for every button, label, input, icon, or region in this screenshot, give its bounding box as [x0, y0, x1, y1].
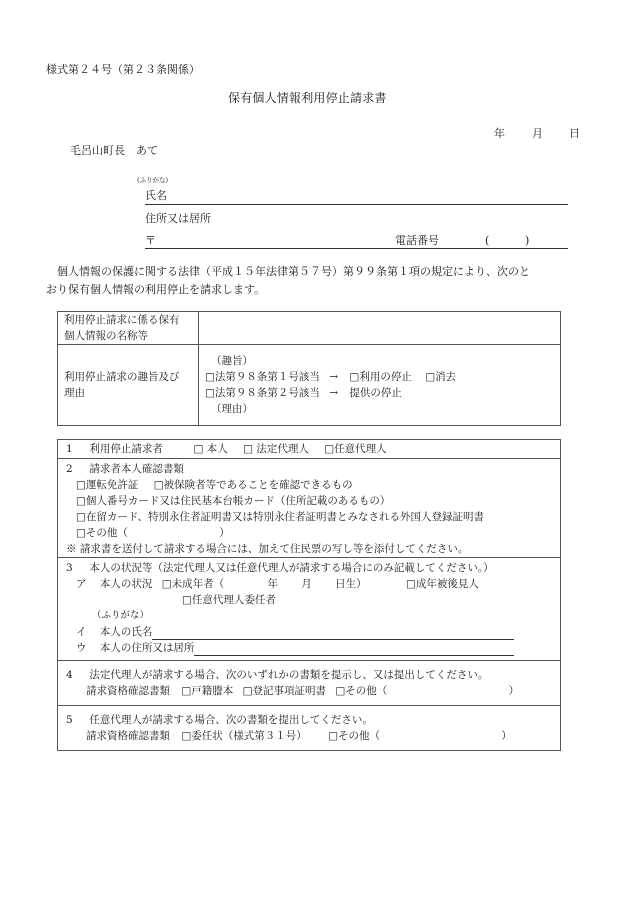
form-number: 様式第２４号（第２３条関係）: [46, 64, 200, 75]
phone-paren-close: ): [525, 235, 529, 246]
arrow-icon: →: [329, 387, 338, 399]
furigana-label: (ふりがな): [137, 177, 168, 184]
principal-address-field[interactable]: [194, 642, 514, 656]
mynumber-card-checkbox[interactable]: □個人番号カード又は住民基本台帳カード（住所記載のあるもの）: [66, 493, 552, 509]
date-month-label: 月: [532, 128, 543, 139]
insured-proof-checkbox[interactable]: □被保険者等であることを確認できるもの: [154, 479, 353, 491]
other-voluntary-doc-checkbox[interactable]: □その他（: [328, 730, 380, 742]
details-table: 1 利用停止請求者 □ 本人 □ 法定代理人 □任意代理人 2 請求者本人確認書…: [57, 439, 561, 751]
other-id-checkbox[interactable]: □その他（: [76, 527, 128, 539]
delegator-checkbox[interactable]: □任意代理人委任者: [66, 592, 552, 608]
residence-card-checkbox[interactable]: □在留カード、特別永住者証明書又は特別永住者証明書とみなされる外国人登録証明書: [66, 509, 552, 525]
section-2-label: 請求者本人確認書類: [89, 463, 184, 475]
mail-note: ※ 請求書を送付して請求する場合には、加えて住民票の写し等を添付してください。: [66, 541, 552, 557]
requester-voluntary-agent-checkbox[interactable]: □任意代理人: [324, 443, 386, 455]
section-5-number: 5: [66, 712, 86, 728]
stop-use-checkbox[interactable]: □利用の停止: [349, 371, 411, 383]
table-row-purpose: 利用停止請求の趣旨及び 理由 （趣旨） □法第９８条第１号該当 → □利用の停止…: [58, 345, 561, 426]
section-3-number: 3: [66, 560, 86, 576]
name-label: 氏名: [145, 189, 167, 202]
section-4: 4 法定代理人が請求する場合、次のいずれかの書類を提示し、又は提出してください。…: [58, 661, 561, 706]
clause-2-checkbox[interactable]: □: [205, 387, 215, 399]
postal-mark: 〒: [145, 235, 156, 246]
postal-phone-field[interactable]: 〒 電話番号 ( ): [145, 235, 568, 249]
section-2: 2 請求者本人確認書類 □運転免許証 □被保険者等であることを確認できるもの □…: [58, 459, 561, 558]
family-register-checkbox[interactable]: □戸籍謄本: [181, 685, 233, 697]
request-table: 利用停止請求に係る保有 個人情報の名称等 利用停止請求の趣旨及び 理由 （趣旨）…: [57, 311, 561, 426]
intro-line-1: 個人情報の保護に関する法律（平成１５年法律第５７号）第９９条第１項の規定により、…: [46, 263, 586, 281]
info-name-value[interactable]: [199, 312, 561, 345]
power-of-attorney-checkbox[interactable]: □委任状（様式第３１号）: [181, 730, 306, 742]
intro-line-2: おり保有個人情報の利用停止を請求します。: [46, 281, 586, 299]
table-row-info-name: 利用停止請求に係る保有 個人情報の名称等: [58, 312, 561, 345]
purpose-value: （趣旨） □法第９８条第１号該当 → □利用の停止 □消去 □法第９８条第２号該…: [199, 345, 561, 426]
option-clause-2: □法第９８条第２号該当 → 提供の停止: [205, 385, 554, 401]
registry-certificate-checkbox[interactable]: □登記事項証明書: [243, 685, 326, 697]
date-year-label: 年: [494, 128, 505, 139]
other-legal-doc-checkbox[interactable]: □その他（: [335, 685, 387, 697]
info-name-label: 利用停止請求に係る保有 個人情報の名称等: [58, 312, 199, 345]
section-4-number: 4: [66, 667, 86, 683]
section-2-number: 2: [66, 461, 86, 477]
section-5-label: 任意代理人が請求する場合、次の書類を提出してください。: [89, 714, 373, 726]
adult-ward-checkbox[interactable]: □成年被後見人: [406, 578, 479, 590]
phone-label: 電話番号: [395, 235, 439, 246]
stop-provision-label: 提供の停止: [349, 387, 402, 399]
purpose-label: 利用停止請求の趣旨及び 理由: [58, 345, 199, 426]
reason-heading: （理由）: [205, 401, 554, 417]
section-1-number: 1: [66, 441, 86, 457]
applicant-name-field[interactable]: 氏名: [145, 190, 568, 205]
option-clause-1: □法第９８条第１号該当 → □利用の停止 □消去: [205, 369, 554, 385]
principal-status-label: 本人の状況: [100, 578, 153, 590]
principal-name-field[interactable]: [152, 626, 514, 640]
requester-self-checkbox[interactable]: □ 本人: [194, 443, 228, 455]
address-label: 住所又は居所: [145, 213, 211, 224]
date-day-label: 日: [569, 128, 580, 139]
section-3: 3 本人の状況等（法定代理人又は任意代理人が請求する場合にのみ記載してください。…: [58, 558, 561, 661]
clause-1-checkbox[interactable]: □: [205, 371, 215, 383]
phone-paren-open: (: [485, 235, 489, 246]
minor-checkbox[interactable]: □未成年者（: [162, 578, 224, 590]
section-3-label: 本人の状況等（法定代理人又は任意代理人が請求する場合にのみ記載してください。）: [89, 562, 493, 574]
addressee: 毛呂山町長 あて: [70, 145, 158, 156]
page-title: 保有個人情報利用停止請求書: [228, 92, 387, 104]
drivers-license-checkbox[interactable]: □運転免許証: [76, 479, 138, 491]
principal-address-label: 本人の住所又は居所: [100, 642, 195, 654]
section-4-label: 法定代理人が請求する場合、次のいずれかの書類を提示し、又は提出してください。: [89, 669, 488, 681]
erase-checkbox[interactable]: □消去: [425, 371, 456, 383]
purpose-heading: （趣旨）: [205, 353, 554, 369]
section-1: 1 利用停止請求者 □ 本人 □ 法定代理人 □任意代理人: [58, 440, 561, 459]
arrow-icon: →: [329, 371, 338, 383]
principal-furigana-label: （ふりがな）: [66, 608, 552, 624]
intro-paragraph: 個人情報の保護に関する法律（平成１５年法律第５７号）第９９条第１項の規定により、…: [46, 263, 586, 299]
requester-legal-agent-checkbox[interactable]: □ 法定代理人: [243, 443, 309, 455]
principal-name-label: 本人の氏名: [100, 626, 153, 638]
section-1-label: 利用停止請求者: [89, 443, 163, 455]
section-5: 5 任意代理人が請求する場合、次の書類を提出してください。 請求資格確認書類 □…: [58, 706, 561, 751]
